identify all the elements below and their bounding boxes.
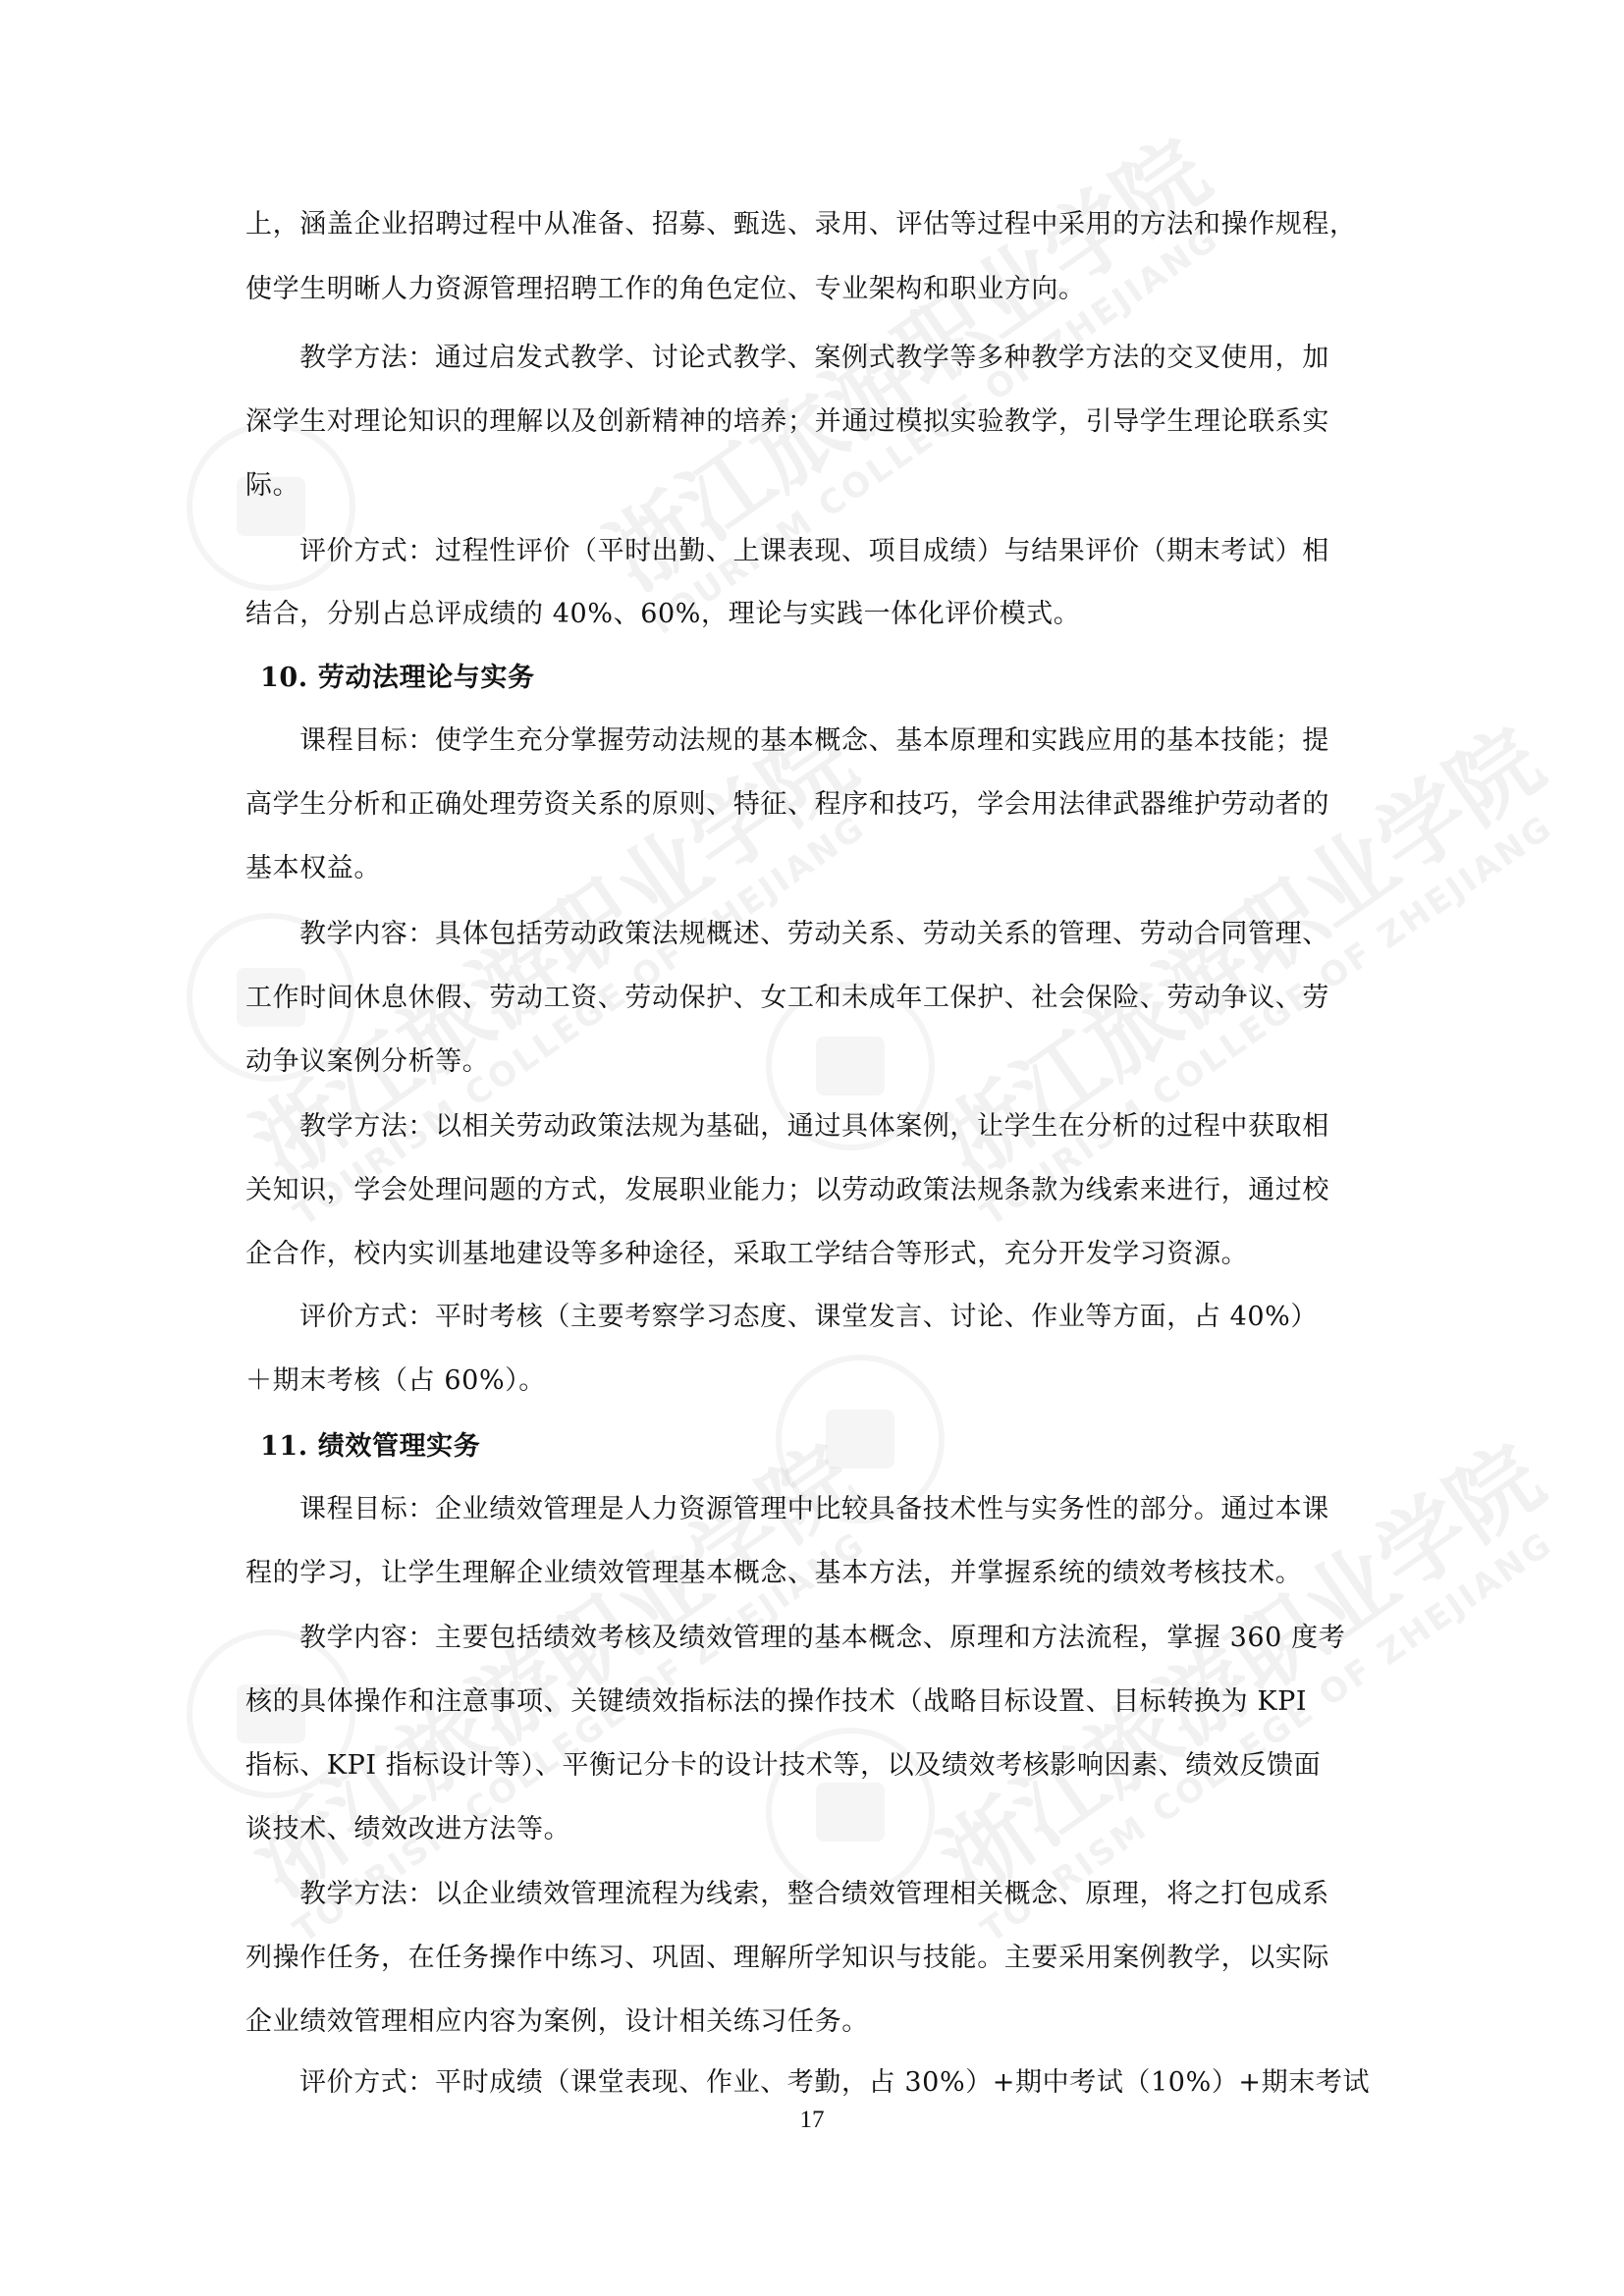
paragraph-line: 使学生明晰人力资源管理招聘工作的角色定位、专业架构和职业方向。 xyxy=(245,273,1384,306)
section-heading: 11. 绩效管理实务 xyxy=(260,1430,480,1464)
paragraph-line: 教学方法：以相关劳动政策法规为基础，通过具体案例，让学生在分析的过程中获取相 xyxy=(299,1110,1384,1144)
paragraph-line: 课程目标：企业绩效管理是人力资源管理中比较具备技术性与实务性的部分。通过本课 xyxy=(299,1493,1384,1526)
paragraph-line: 指标、KPI 指标设计等）、平衡记分卡的设计技术等，以及绩效考核影响因素、绩效反… xyxy=(245,1749,1384,1783)
paragraph-line: 课程目标：使学生充分掌握劳动法规的基本概念、基本原理和实践应用的基本技能；提 xyxy=(299,724,1384,758)
paragraph-line: 教学内容：主要包括绩效考核及绩效管理的基本概念、原理和方法流程，掌握 360 度… xyxy=(299,1622,1384,1655)
paragraph-line: 列操作任务，在任务操作中练习、巩固、理解所学知识与技能。主要采用案例教学，以实际 xyxy=(245,1942,1384,1975)
paragraph-line: 关知识，学会处理问题的方式，发展职业能力；以劳动政策法规条款为线索来进行，通过校 xyxy=(245,1174,1384,1207)
page-number: 17 xyxy=(0,2107,1624,2134)
paragraph-line: 核的具体操作和注意事项、关键绩效指标法的操作技术（战略目标设置、目标转换为 KP… xyxy=(245,1685,1384,1719)
paragraph-line: 评价方式：平时成绩（课堂表现、作业、考勤，占 30%）+期中考试（10%）+期末… xyxy=(299,2066,1384,2100)
paragraph-line: 程的学习，让学生理解企业绩效管理基本概念、基本方法，并掌握系统的绩效考核技术。 xyxy=(245,1557,1384,1590)
paragraph-line: 际。 xyxy=(245,469,1384,503)
paragraph-line: 工作时间休息休假、劳动工资、劳动保护、女工和未成年工保护、社会保险、劳动争议、劳 xyxy=(245,982,1384,1015)
paragraph-line: 评价方式：过程性评价（平时出勤、上课表现、项目成绩）与结果评价（期末考试）相 xyxy=(299,535,1384,568)
paragraph-line: 结合，分别占总评成绩的 40%、60%，理论与实践一体化评价模式。 xyxy=(245,598,1384,631)
document-page: 浙江旅游职业学院 TOURISM COLLEGE OF ZHEJIANG 浙江旅… xyxy=(0,0,1624,2296)
section-heading: 10. 劳动法理论与实务 xyxy=(260,662,535,695)
paragraph-line: 教学方法：以企业绩效管理流程为线索，整合绩效管理相关概念、原理，将之打包成系 xyxy=(299,1878,1384,1911)
paragraph-line: 企合作，校内实训基地建设等多种途径，采取工学结合等形式，充分开发学习资源。 xyxy=(245,1238,1384,1271)
paragraph-line: 教学内容：具体包括劳动政策法规概述、劳动关系、劳动关系的管理、劳动合同管理、 xyxy=(299,918,1384,951)
paragraph-line: 动争议案例分析等。 xyxy=(245,1045,1384,1079)
paragraph-line: 企业绩效管理相应内容为案例，设计相关练习任务。 xyxy=(245,2005,1384,2039)
paragraph-line: 深学生对理论知识的理解以及创新精神的培养；并通过模拟实验教学，引导学生理论联系实 xyxy=(245,405,1384,439)
paragraph-line: 上，涵盖企业招聘过程中从准备、招募、甄选、录用、评估等过程中采用的方法和操作规程… xyxy=(245,208,1384,241)
paragraph-line: 评价方式：平时考核（主要考察学习态度、课堂发言、讨论、作业等方面，占 40%） xyxy=(299,1301,1384,1334)
paragraph-line: 基本权益。 xyxy=(245,852,1384,885)
paragraph-line: ＋期末考核（占 60%）。 xyxy=(245,1364,1384,1398)
paragraph-line: 高学生分析和正确处理劳资关系的原则、特征、程序和技巧，学会用法律武器维护劳动者的 xyxy=(245,788,1384,822)
paragraph-line: 谈技术、绩效改进方法等。 xyxy=(245,1813,1384,1846)
paragraph-line: 教学方法：通过启发式教学、讨论式教学、案例式教学等多种教学方法的交叉使用，加 xyxy=(299,342,1384,375)
